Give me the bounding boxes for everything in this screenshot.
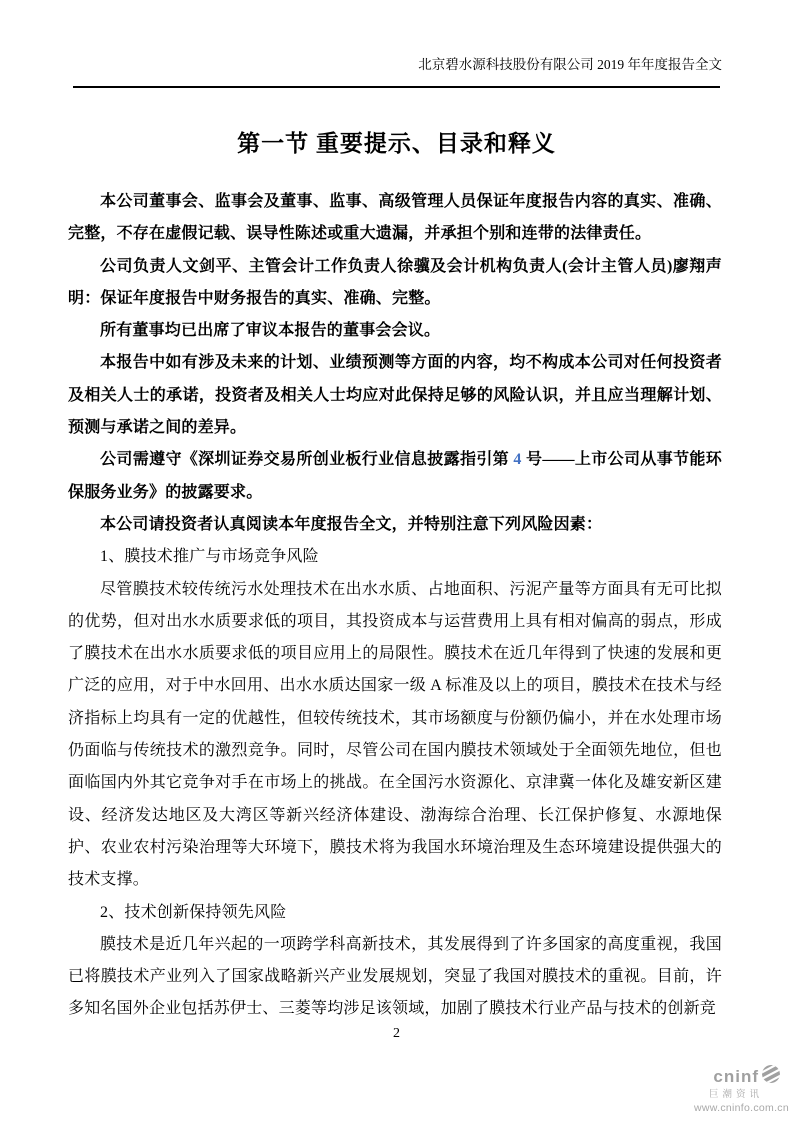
paragraph: 所有董事均已出席了审议本报告的董事会会议。 bbox=[68, 315, 722, 347]
highlighted-number: 4 bbox=[513, 451, 521, 468]
paragraph-text: 本公司请投资者认真阅读本年度报告全文，并特别注意下列风险因素： bbox=[100, 516, 602, 533]
cninfo-url: www.cninfo.com.cn bbox=[639, 1103, 789, 1114]
cninfo-swirl-icon bbox=[761, 1064, 781, 1088]
paragraph-text: 所有董事均已出席了审议本报告的董事会会议。 bbox=[100, 322, 440, 339]
page-title: 第一节 重要提示、目录和释义 bbox=[0, 127, 793, 161]
paragraph: 2、技术创新保持领先风险 bbox=[68, 897, 722, 929]
page-number: 2 bbox=[0, 1026, 793, 1042]
cninfo-brand-text: cninf bbox=[713, 1068, 759, 1085]
paragraph-text: 本公司董事会、监事会及董事、监事、高级管理人员保证年度报告内容的真实、准确、完整… bbox=[68, 193, 722, 242]
paragraph: 本报告中如有涉及未来的计划、业绩预测等方面的内容，均不构成本公司对任何投资者及相… bbox=[68, 347, 722, 444]
paragraph: 公司负责人文剑平、主管会计工作负责人徐骥及会计机构负责人(会计主管人员)廖翔声明… bbox=[68, 251, 722, 316]
paragraph: 本公司董事会、监事会及董事、监事、高级管理人员保证年度报告内容的真实、准确、完整… bbox=[68, 186, 722, 251]
cninfo-watermark: cninf 巨潮资讯 www.cninfo.com.cn bbox=[639, 1064, 789, 1113]
document-page: 北京碧水源科技股份有限公司 2019 年年度报告全文 第一节 重要提示、目录和释… bbox=[0, 0, 793, 1122]
paragraph: 尽管膜技术较传统污水处理技术在出水水质、占地面积、污泥产量等方面具有无可比拟的优… bbox=[68, 574, 722, 897]
paragraph-text: 尽管膜技术较传统污水处理技术在出水水质、占地面积、污泥产量等方面具有无可比拟的优… bbox=[68, 581, 722, 889]
paragraph-text: 1、膜技术推广与市场竞争风险 bbox=[100, 548, 319, 565]
paragraph-text: 公司需遵守《深圳证券交易所创业板行业信息披露指引第 bbox=[100, 451, 513, 468]
watermark-brand-row: cninf bbox=[639, 1064, 789, 1088]
header-rule bbox=[73, 86, 720, 88]
paragraph-text: 公司负责人文剑平、主管会计工作负责人徐骥及会计机构负责人(会计主管人员)廖翔声明… bbox=[68, 258, 722, 307]
cninfo-chinese-name: 巨潮资讯 bbox=[639, 1090, 789, 1100]
report-header: 北京碧水源科技股份有限公司 2019 年年度报告全文 bbox=[73, 56, 722, 74]
paragraph-text: 膜技术是近几年兴起的一项跨学科高新技术，其发展得到了许多国家的高度重视，我国已将… bbox=[68, 936, 722, 1018]
paragraph-text: 2、技术创新保持领先风险 bbox=[100, 904, 286, 921]
paragraph: 1、膜技术推广与市场竞争风险 bbox=[68, 541, 722, 573]
paragraph: 膜技术是近几年兴起的一项跨学科高新技术，其发展得到了许多国家的高度重视，我国已将… bbox=[68, 929, 722, 1026]
paragraph-text: 本报告中如有涉及未来的计划、业绩预测等方面的内容，均不构成本公司对任何投资者及相… bbox=[68, 354, 722, 436]
paragraph: 公司需遵守《深圳证券交易所创业板行业信息披露指引第 4 号——上市公司从事节能环… bbox=[68, 444, 722, 509]
document-body: 本公司董事会、监事会及董事、监事、高级管理人员保证年度报告内容的真实、准确、完整… bbox=[68, 186, 722, 1026]
paragraph: 本公司请投资者认真阅读本年度报告全文，并特别注意下列风险因素： bbox=[68, 509, 722, 541]
